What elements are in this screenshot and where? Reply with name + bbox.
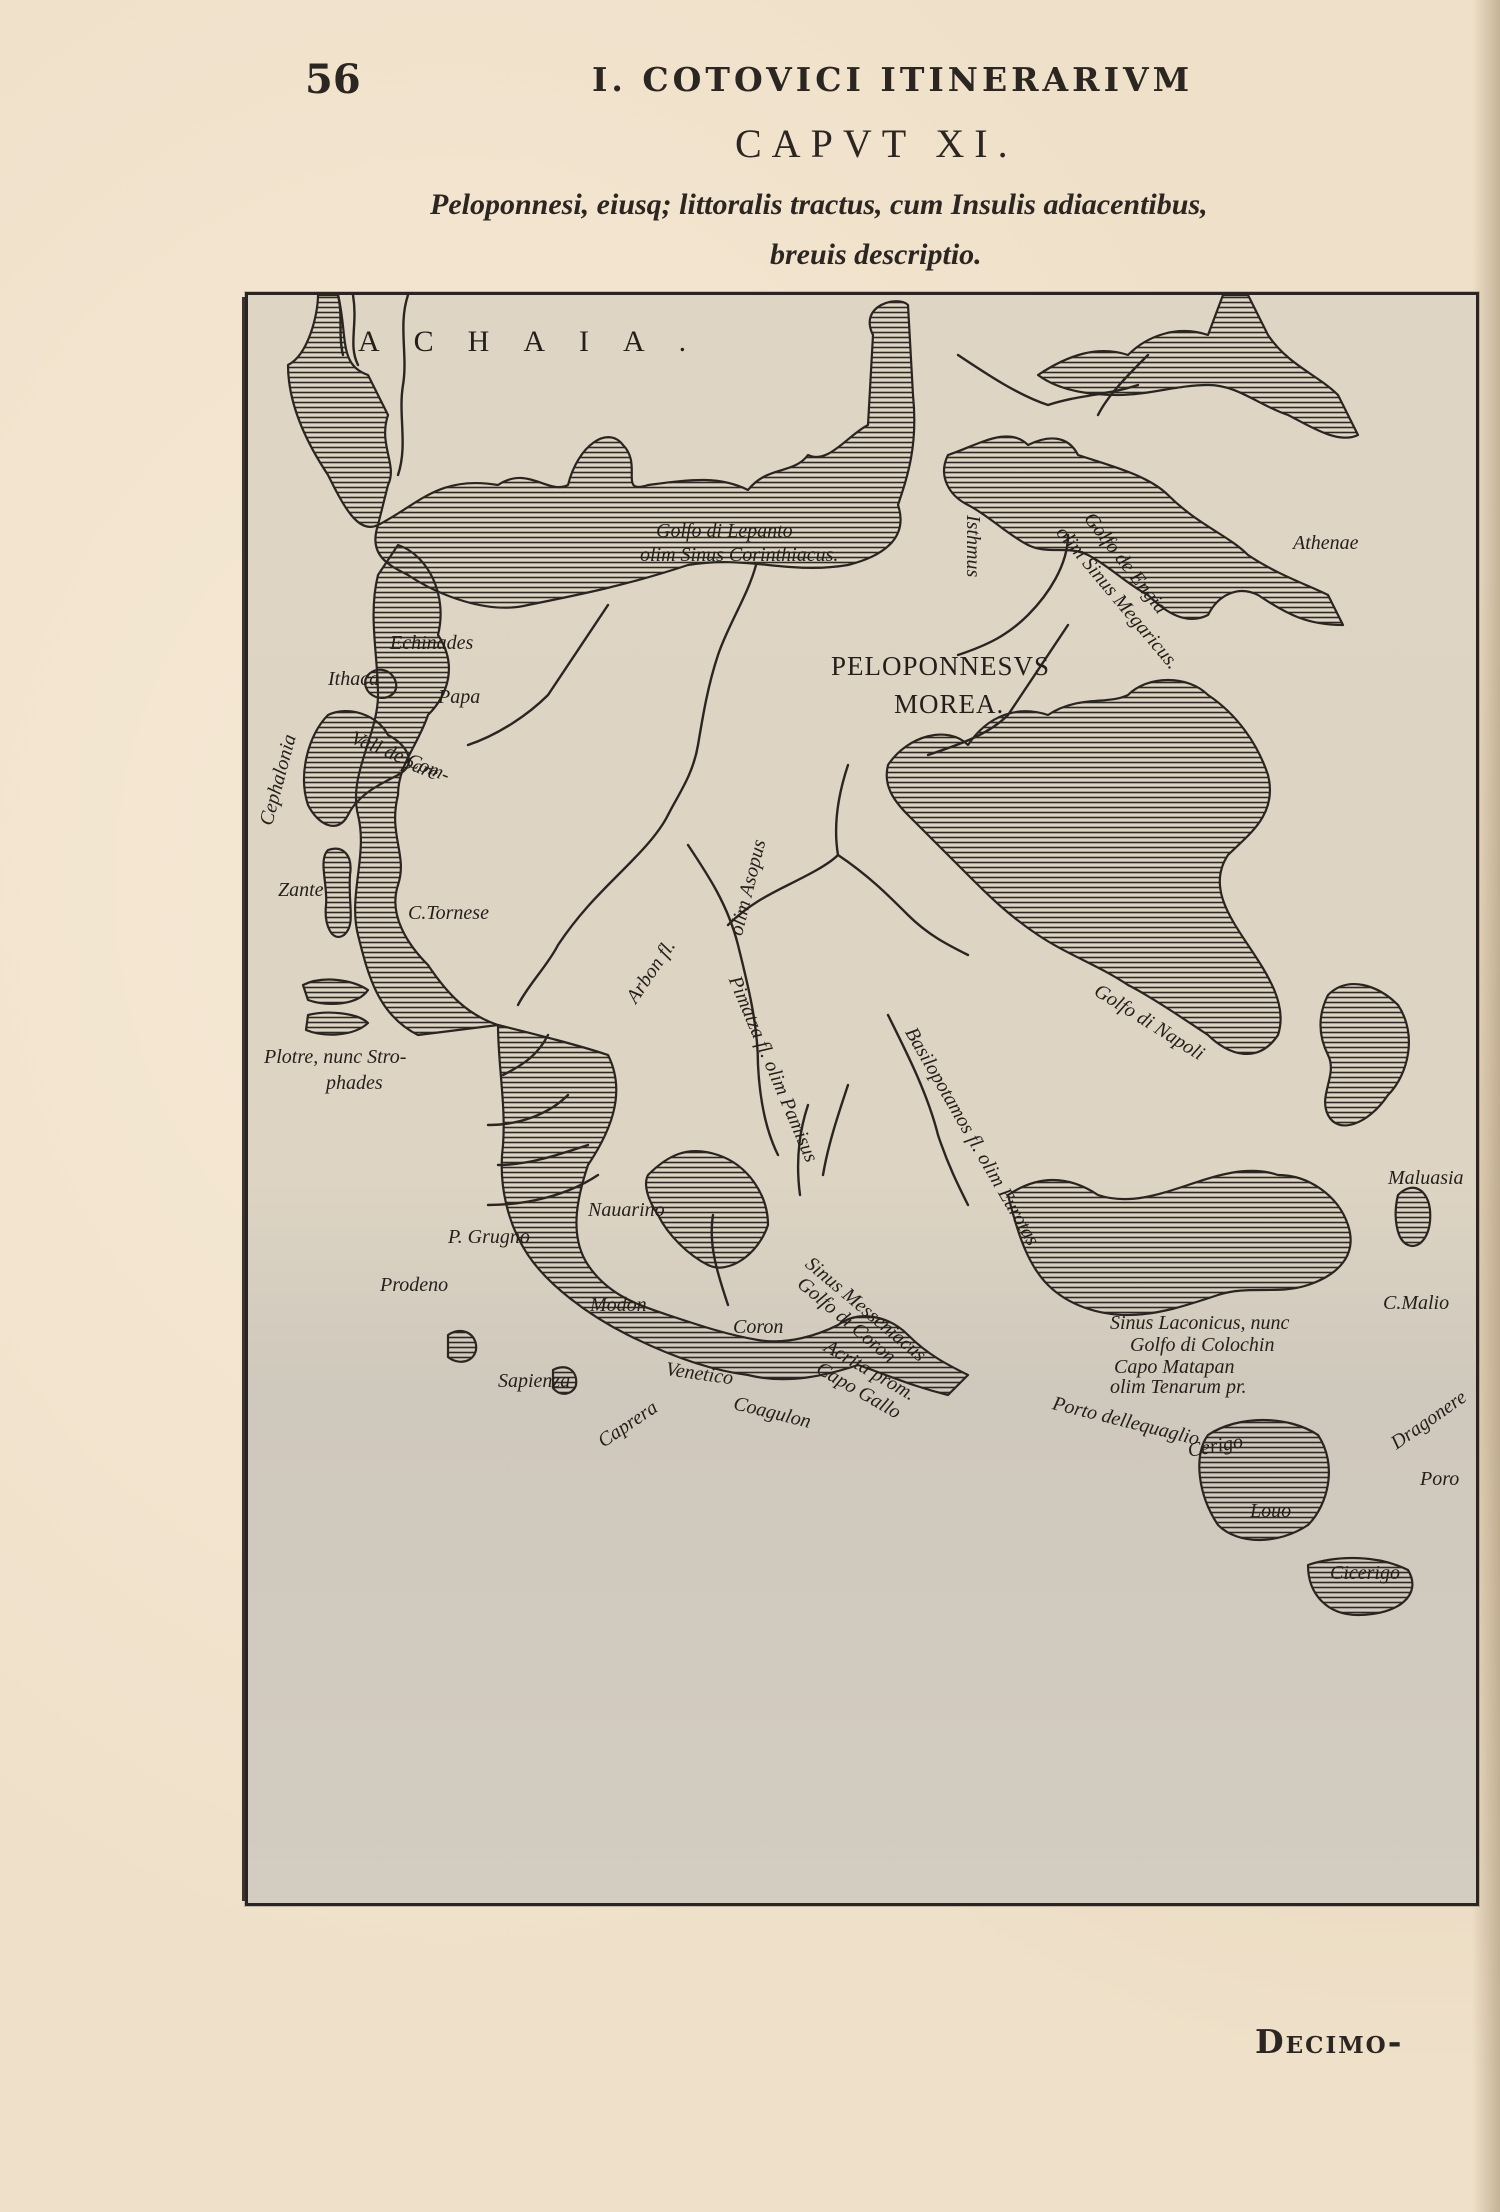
place-label-nauarino: Nauarino bbox=[588, 1200, 665, 1220]
place-label-louo: Louo bbox=[1250, 1501, 1291, 1521]
place-label-maluasia: Maluasia bbox=[1388, 1168, 1464, 1188]
place-label-strophades-1: Plotre, nunc Stro- bbox=[264, 1047, 406, 1067]
region-label-achaia: ACHAIA. bbox=[358, 327, 720, 357]
place-label-modon: Modon bbox=[590, 1295, 647, 1315]
running-title: I. COTOVICI ITINERARIVM bbox=[592, 60, 1193, 99]
map-engraving bbox=[248, 295, 1476, 1903]
place-label-cicerigo: Cicerigo bbox=[1330, 1563, 1400, 1583]
place-label-sinus-laconicus: Sinus Laconicus, nunc bbox=[1110, 1313, 1289, 1333]
place-label-golfo-colochin: Golfo di Colochin bbox=[1130, 1335, 1274, 1355]
place-label-isthmus: Isthmus bbox=[963, 515, 983, 577]
place-label-sapienza: Sapienza bbox=[498, 1371, 570, 1391]
page-number: 56 bbox=[305, 56, 361, 103]
map-plate: ACHAIA. PELOPONNESVS MOREA. Golfo di Lep… bbox=[245, 292, 1479, 1906]
place-label-prodeno: Prodeno bbox=[380, 1275, 448, 1295]
place-label-athenae: Athenae bbox=[1293, 533, 1359, 553]
place-label-golfo-lepanto: Golfo di Lepanto bbox=[656, 521, 793, 541]
place-label-strophades-2: phades bbox=[326, 1073, 383, 1093]
map-title-morea: MOREA. bbox=[894, 691, 1004, 718]
chapter-subtitle-line-1: Peloponnesi, eiusq; littoralis tractus, … bbox=[430, 188, 1500, 222]
chapter-heading: CAPVT XI. bbox=[735, 120, 1018, 167]
place-label-c-malio: C.Malio bbox=[1383, 1293, 1449, 1313]
place-label-tenarum: olim Tenarum pr. bbox=[1110, 1377, 1247, 1397]
catchword: Decimo- bbox=[1255, 2022, 1403, 2061]
map-title-peloponnesus: PELOPONNESVS bbox=[831, 653, 1050, 680]
place-label-echinades: Echinades bbox=[390, 633, 473, 653]
place-label-sinus-corinthiacus: olim Sinus Corinthiacus. bbox=[640, 545, 838, 565]
place-label-zante: Zante bbox=[278, 880, 324, 900]
place-label-poro: Poro bbox=[1420, 1469, 1459, 1489]
place-label-papa: Papa bbox=[438, 687, 480, 707]
place-label-c-tornese: C.Tornese bbox=[408, 903, 489, 923]
running-head: 56 I. COTOVICI ITINERARIVM bbox=[0, 52, 1500, 102]
place-label-p-grugno: P. Grugno bbox=[448, 1227, 530, 1247]
place-label-coron: Coron bbox=[733, 1317, 783, 1337]
place-label-capo-matapan: Capo Matapan bbox=[1114, 1357, 1235, 1377]
chapter-subtitle-line-2: breuis descriptio. bbox=[770, 238, 1070, 272]
place-label-ithaca: Ithaca bbox=[328, 669, 379, 689]
